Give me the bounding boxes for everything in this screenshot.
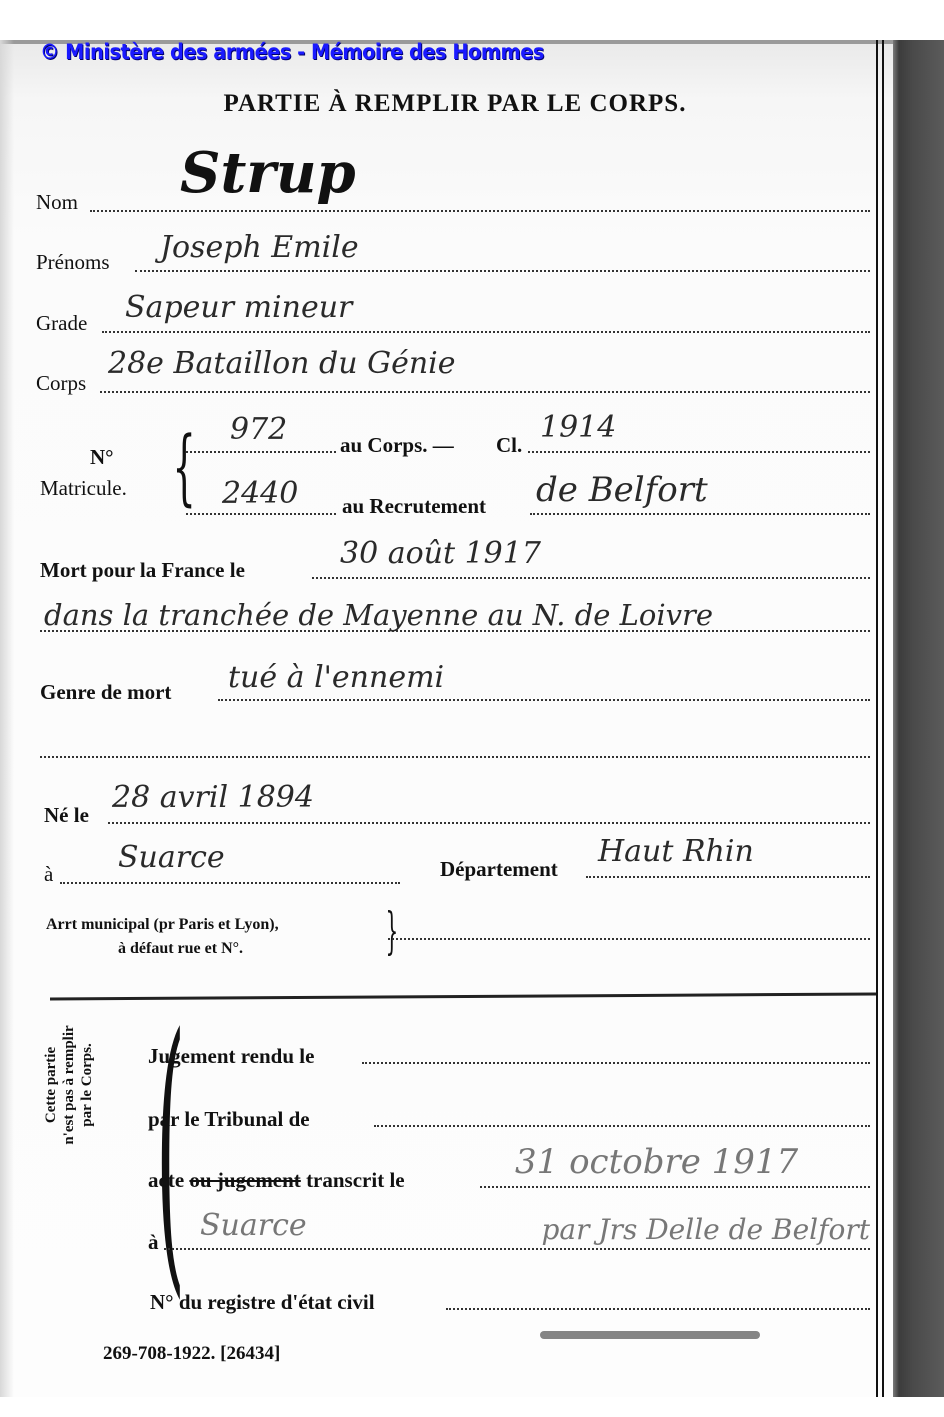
classe-line (528, 451, 870, 453)
nom-value: Strup (180, 140, 356, 206)
matricule-brace: { (172, 420, 195, 515)
corps-value: 28e Bataillon du Génie (108, 346, 456, 381)
genre-mort-value: tué à l'ennemi (228, 660, 444, 695)
jugement-label: Jugement rendu le (148, 1044, 314, 1069)
transcrit-label: acte ou jugement transcrit le (148, 1168, 405, 1193)
genre-mort-label: Genre de mort (40, 680, 171, 705)
mort-label: Mort pour la France le (40, 558, 245, 583)
departement-value: Haut Rhin (598, 834, 754, 869)
corps-number-line (186, 451, 336, 453)
form-reference: 269-708-1922. [26434] (103, 1343, 280, 1365)
registre-line (446, 1308, 870, 1310)
mort-date-line (312, 577, 870, 579)
arrondissement-brace: { (386, 906, 399, 964)
corps-line (100, 391, 870, 393)
grade-value: Sapeur mineur (125, 290, 352, 325)
classe-value: 1914 (540, 410, 616, 445)
recrutement-line (530, 513, 870, 515)
transcrit-line (480, 1186, 870, 1188)
recrutement-number-line (186, 513, 336, 515)
arrondissement-label-2: à défaut rue et N°. (118, 940, 243, 958)
recrutement-number-value: 2440 (222, 476, 298, 511)
lieu-label: à (44, 862, 53, 887)
copyright-watermark: © Ministère des armées - Mémoire des Hom… (40, 40, 544, 64)
matricule-label: Matricule. (40, 476, 127, 501)
side-note-line-2: n'est pas à remplir (60, 1000, 78, 1170)
transcrit-value: 31 octobre 1917 (515, 1142, 798, 1182)
side-note-line-1: Cette partie (42, 1000, 60, 1170)
recrutement-value: de Belfort (536, 470, 708, 510)
ink-smudge (540, 1331, 760, 1339)
lieu-value: Suarce (118, 840, 225, 875)
tribunal-line (374, 1125, 870, 1127)
departement-line (586, 876, 870, 878)
tribunal-label: par le Tribunal de (148, 1107, 310, 1132)
transcrit-struck: ou jugement (189, 1168, 300, 1192)
transcrit-suffix: transcrit le (306, 1168, 405, 1192)
classe-label: Cl. (496, 433, 522, 458)
prenoms-label: Prénoms (36, 250, 110, 275)
lieu-transcription-annotation: par Jrs Delle de Belfort (440, 1210, 870, 1250)
genre-mort-line (218, 699, 870, 701)
ne-le-label: Né le (44, 803, 89, 828)
genre-mort-line-2 (40, 756, 870, 758)
lieu-transcription-value: Suarce (200, 1208, 307, 1243)
margin-line (882, 40, 884, 1397)
nom-label: Nom (36, 190, 78, 215)
corps-label: Corps (36, 371, 86, 396)
mort-place-value: dans la tranchée de Mayenne au N. de Loi… (44, 598, 713, 632)
arrondissement-line (388, 938, 870, 940)
grade-line (102, 331, 870, 333)
ne-le-line (108, 822, 870, 824)
ne-le-value: 28 avril 1894 (112, 780, 314, 815)
margin-line (876, 40, 878, 1397)
arrondissement-label-1: Arrt municipal (pr Paris et Lyon), (46, 916, 279, 934)
mort-date-value: 30 août 1917 (340, 536, 541, 571)
jugement-line (362, 1062, 870, 1064)
side-note: Cette partie n'est pas à remplir par le … (42, 1000, 96, 1170)
binding-strip (893, 40, 944, 1397)
sheet-left-shadow (0, 40, 14, 1397)
document-sheet: © Ministère des armées - Mémoire des Hom… (0, 40, 944, 1397)
transcrit-prefix: acte (148, 1168, 184, 1192)
prenoms-line (135, 270, 870, 272)
no-label: N° (90, 445, 114, 470)
grade-label: Grade (36, 311, 87, 336)
registre-label: N° du registre d'état civil (150, 1290, 375, 1315)
lieu-line (60, 882, 400, 884)
lieu-transcription-label: à (148, 1230, 159, 1255)
side-note-line-3: par le Corps. (78, 1000, 96, 1170)
au-corps-label: au Corps. — (340, 433, 454, 458)
departement-label: Département (440, 857, 558, 882)
nom-line (90, 210, 870, 212)
prenoms-value: Joseph Emile (160, 230, 359, 265)
form-heading: PARTIE À REMPLIR PAR LE CORPS. (0, 90, 910, 118)
corps-number-value: 972 (230, 412, 287, 447)
recrutement-label: au Recrutement (342, 494, 486, 519)
